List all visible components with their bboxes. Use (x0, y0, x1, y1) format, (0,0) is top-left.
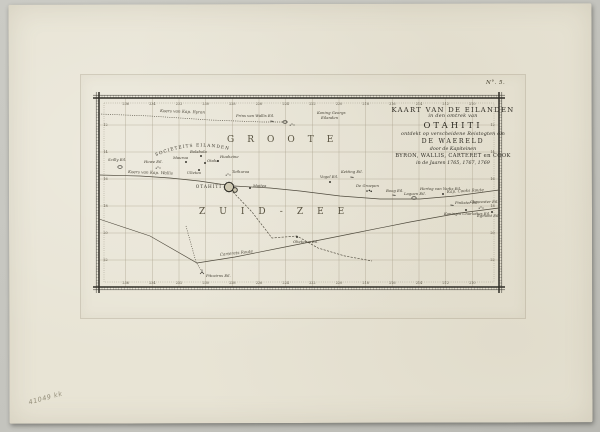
title-line-1: KAART VAN DE EILANDEN (363, 106, 543, 114)
map-title-block: KAART VAN DE EILANDEN in den omtrek van … (363, 106, 543, 167)
scan-backdrop: 2362342322302282262242222202182162142122… (0, 0, 600, 432)
title-line-7: BYRON, WALLIS, CARTERET en COOK (363, 153, 543, 161)
title-line-3: OTAHITI (363, 121, 543, 132)
ocean-label-groote: GROOTE (227, 135, 346, 145)
title-line-8: in de Jaaren 1765, 1767, 1769 (363, 161, 543, 168)
ocean-label-zuid-zee: ZUID-ZEE (199, 207, 358, 217)
title-line-5: DE WAERELD (363, 138, 543, 147)
plate-number: N°. 5. (486, 80, 505, 86)
